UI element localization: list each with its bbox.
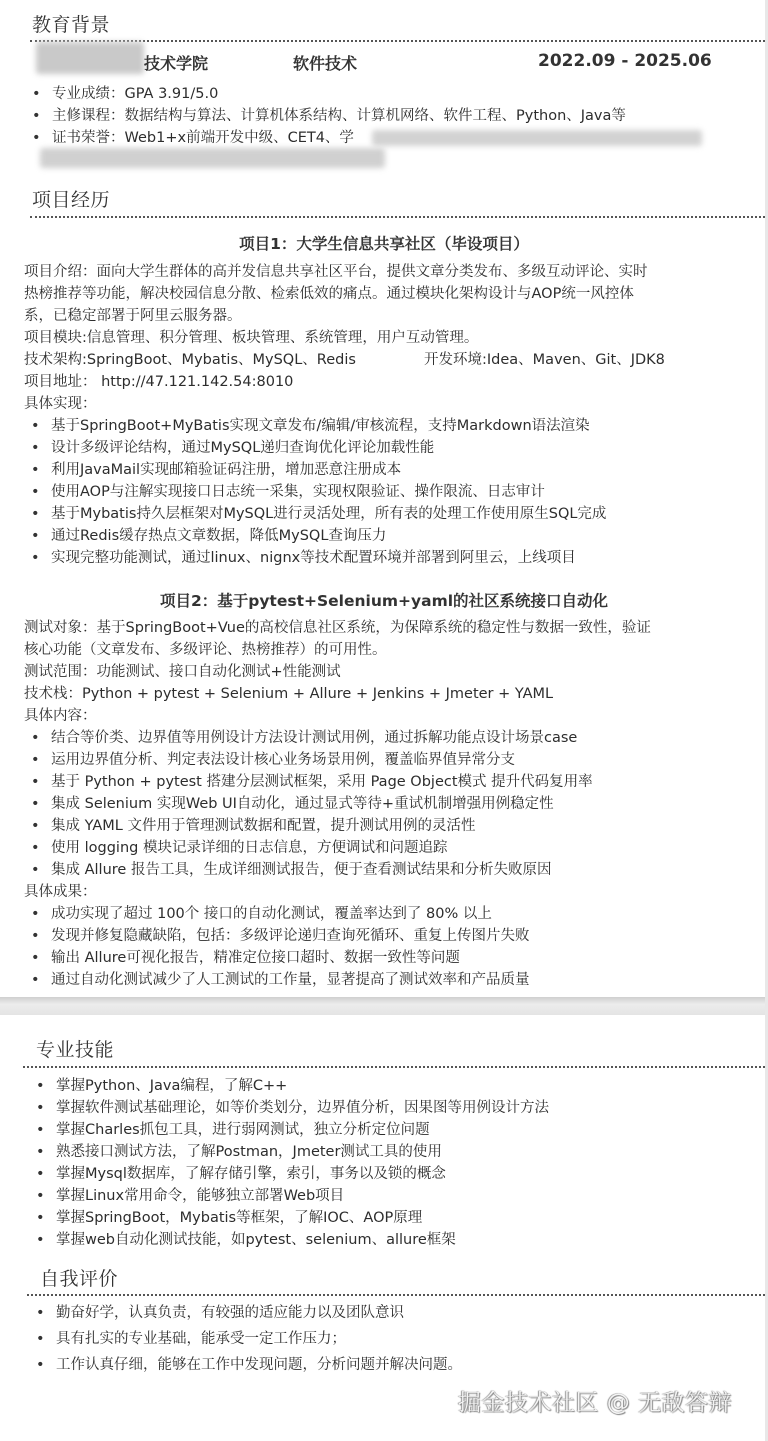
project2-content-item: 集成 YAML 文件用于管理测试数据和配置，提升测试用例的灵活性 bbox=[51, 815, 475, 837]
skill-item: 掌握Charles抓包工具，进行弱网测试，独立分析定位问题 bbox=[56, 1119, 430, 1141]
project1-intro-line: 系，已稳定部署于阿里云服务器。 bbox=[24, 305, 242, 327]
project1-impl-item: 使用AOP与注解实现接口日志统一采集，实现权限验证、操作限流、日志审计 bbox=[51, 481, 545, 503]
section-divider bbox=[30, 216, 765, 218]
page-separator bbox=[0, 997, 768, 1015]
skill-item: 掌握软件测试基础理论，如等价类划分，边界值分析，因果图等用例设计方法 bbox=[56, 1097, 549, 1119]
project2-content-item: 基于 Python + pytest 搭建分层测试框架，采用 Page Obje… bbox=[51, 771, 593, 793]
project2-object-line: 核心功能（文章发布、多级评论、热榜推荐）的可用性。 bbox=[24, 639, 387, 661]
skill-item: 掌握Linux常用命令，能够独立部署Web项目 bbox=[56, 1185, 344, 1207]
section-divider bbox=[27, 1294, 765, 1296]
project2-object-line: 测试对象：基于SpringBoot+Vue的高校信息社区系统，为保障系统的稳定性… bbox=[24, 617, 651, 639]
resume-page-2: 专业技能 掌握Python、Java编程，了解C++ 掌握软件测试基础理论，如等… bbox=[0, 1015, 765, 1441]
section-title-education: 教育背景 bbox=[32, 10, 110, 37]
section-title-projects: 项目经历 bbox=[32, 185, 110, 212]
project1-intro-line: 热榜推荐等功能，解决校园信息分散、检索低效的痛点。通过模块化架构设计与AOP统一… bbox=[24, 283, 634, 305]
project1-impl-item: 实现完整功能测试，通过linux、nignx等技术配置环境并部署到阿里云，上线项… bbox=[51, 547, 576, 569]
skill-item: 掌握web自动化测试技能，如pytest、selenium、allure框架 bbox=[56, 1229, 456, 1251]
project2-result-item: 输出 Allure可视化报告，精准定位接口超时、数据一致性等问题 bbox=[51, 947, 460, 969]
project2-stack: 技术栈：Python + pytest + Selenium + Allure … bbox=[24, 683, 553, 705]
project1-impl-item: 利用JavaMail实现邮箱验证码注册，增加恶意注册成本 bbox=[51, 459, 401, 481]
project2-content-label: 具体内容： bbox=[24, 705, 97, 727]
project1-impl-label: 具体实现： bbox=[24, 393, 97, 415]
project1-env: 开发环境:Idea、Maven、Git、JDK8 bbox=[424, 349, 665, 371]
skill-item: 掌握Mysql数据库，了解存储引擎，索引，事务以及锁的概念 bbox=[56, 1163, 446, 1185]
self-eval-item: 工作认真仔细，能够在工作中发现问题，分析问题并解决问题。 bbox=[56, 1354, 462, 1376]
resume-page-1: 教育背景 技术学院 软件技术 2022.09 - 2025.06 专业成绩：GP… bbox=[0, 0, 765, 997]
skill-item: 掌握SpringBoot，Mybatis等框架，了解IOC、AOP原理 bbox=[56, 1207, 422, 1229]
edu-item-courses: 主修课程：数据结构与算法、计算机体系结构、计算机网络、软件工程、Python、J… bbox=[52, 105, 626, 127]
project2-content-item: 结合等价类、边界值等用例设计方法设计测试用例，通过拆解功能点设计场景case bbox=[51, 727, 577, 749]
project2-result-item: 成功实现了超过 100个 接口的自动化测试，覆盖率达到了 80% 以上 bbox=[51, 903, 492, 925]
self-eval-item: 具有扎实的专业基础，能承受一定工作压力； bbox=[56, 1328, 346, 1350]
project2-content-item: 运用边界值分析、判定表法设计核心业务场景用例，覆盖临界值异常分支 bbox=[51, 749, 515, 771]
watermark: 掘金技术社区 @ 无敌答辩 bbox=[458, 1384, 732, 1417]
section-divider bbox=[23, 1066, 765, 1068]
project1-modules: 项目模块:信息管理、积分管理、板块管理、系统管理，用户互动管理。 bbox=[24, 327, 478, 349]
project1-impl-item: 基于Mybatis持久层框架对MySQL进行灵活处理，所有表的处理工作使用原生S… bbox=[51, 503, 606, 525]
project1-tech: 技术架构:SpringBoot、Mybatis、MySQL、Redis bbox=[24, 349, 356, 371]
project2-content-item: 集成 Selenium 实现Web UI自动化，通过显式等待+重试机制增强用例稳… bbox=[51, 793, 554, 815]
skill-item: 熟悉接口测试方法，了解Postman，Jmeter测试工具的使用 bbox=[56, 1141, 442, 1163]
project1-impl-item: 基于SpringBoot+MyBatis实现文章发布/编辑/审核流程，支持Mar… bbox=[51, 415, 590, 437]
study-period: 2022.09 - 2025.06 bbox=[538, 51, 712, 71]
project2-scope: 测试范围：功能测试、接口自动化测试+性能测试 bbox=[24, 661, 341, 683]
major: 软件技术 bbox=[293, 51, 357, 74]
redacted-school-name bbox=[36, 42, 144, 74]
project1-impl-item: 设计多级评论结构，通过MySQL递归查询优化评论加载性能 bbox=[51, 437, 434, 459]
project2-result-label: 具体成果： bbox=[24, 881, 97, 903]
project2-title: 项目2：基于pytest+Selenium+yaml的社区系统接口自动化 bbox=[0, 589, 768, 611]
school-name: 技术学院 bbox=[144, 51, 208, 74]
redacted-certificates bbox=[372, 130, 702, 146]
project1-intro-line: 项目介绍：面向大学生群体的高并发信息共享社区平台，提供文章分类发布、多级互动评论… bbox=[24, 261, 648, 283]
redacted-certificates-line2 bbox=[40, 148, 385, 168]
project2-result-item: 通过自动化测试减少了人工测试的工作量，显著提高了测试效率和产品质量 bbox=[51, 969, 530, 991]
section-title-skills: 专业技能 bbox=[36, 1035, 114, 1062]
self-eval-item: 勤奋好学，认真负责，有较强的适应能力以及团队意识 bbox=[56, 1302, 404, 1324]
project2-result-item: 发现并修复隐藏缺陷，包括：多级评论递归查询死循环、重复上传图片失败 bbox=[51, 925, 530, 947]
project1-title: 项目1：大学生信息共享社区（毕设项目） bbox=[0, 232, 768, 254]
project1-impl-item: 通过Redis缓存热点文章数据，降低MySQL查询压力 bbox=[51, 525, 386, 547]
skill-item: 掌握Python、Java编程，了解C++ bbox=[56, 1075, 287, 1097]
edu-item-certificates: 证书荣誉：Web1+x前端开发中级、CET4、学 bbox=[52, 127, 354, 149]
project2-content-item: 使用 logging 模块记录详细的日志信息，方便调试和问题追踪 bbox=[51, 837, 447, 859]
project2-content-item: 集成 Allure 报告工具，生成详细测试报告，便于查看测试结果和分析失败原因 bbox=[51, 859, 551, 881]
section-title-self-eval: 自我评价 bbox=[40, 1264, 118, 1291]
edu-item-gpa: 专业成绩：GPA 3.91/5.0 bbox=[52, 83, 218, 105]
project1-address: 项目地址： http://47.121.142.54:8010 bbox=[24, 371, 293, 393]
